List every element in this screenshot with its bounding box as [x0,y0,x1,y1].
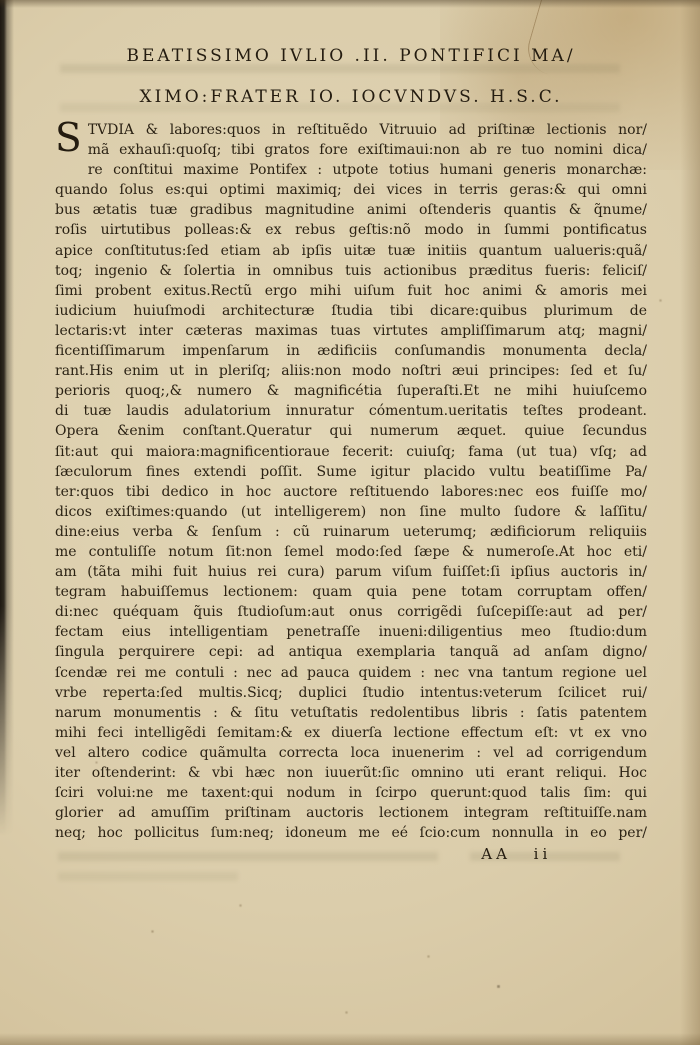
text-block: BEATISSIMO IVLIO .II. PONTIFICI MA/ XIMO… [55,0,647,863]
scan-edge-left [0,0,14,1045]
body-line: dine:eius verba & ſenſum : cũ ruinarum u… [55,522,647,542]
body-line: TVDIA & labores:quos in reſtituẽdo Vitru… [88,120,647,140]
body-line: iter oſtenderint: & vbi hæc non iuuerũt:… [55,763,647,783]
drop-cap-initial: S [55,120,88,161]
body-line: fectam eius intelligentiam penetraſſe in… [55,622,647,642]
body-line: ſæculorum fines extendi poſſit. Sume igi… [55,462,647,482]
scan-edge-top [0,0,700,8]
body-line: narum monumentis : & ſitu vetuſtatis red… [55,703,647,723]
body-line: mihi feci intelligẽdi ſemitam:& ex diuer… [55,723,647,743]
body-line: ter:quos tibi dedico in hoc auctore reſt… [55,482,647,502]
body-line: ficentiſſimarum impenſarum in ædificiis … [55,341,647,361]
body-line: tegram habuiſſemus lectionem: quam quia … [55,582,647,602]
body-line: ſciri volui:ne me taxent:qui nodum in ſc… [55,783,647,803]
body-line: neq; hoc pollicitus ſum:neq; idoneum me … [55,823,647,843]
body-line: mã exhauſi:quoſq; tibi gratos fore exiſt… [88,140,647,160]
book-page: BEATISSIMO IVLIO .II. PONTIFICI MA/ XIMO… [0,0,700,1045]
body-line: re conſtitui maxime Pontifex : utpote to… [88,160,647,180]
body-line: di:nec quéquam q̃uis ſtudioſum:aut onus … [55,602,647,622]
body-line: me contuliſſe notum ſit:non ſemel modo:ſ… [55,542,647,562]
body-line: lectaris:vt inter cæteras maximas tuas v… [55,321,647,341]
body-line: apice conſtitutus:ſed etiam ab ipſis uit… [55,241,647,261]
body-line: roſis uirtutibus polleas:& ex rebus geſt… [55,220,647,240]
body-line: di tuæ laudis adulatorium innuratur cóme… [55,401,647,421]
scan-edge-right [680,0,700,1045]
body-line: perioris quoq;,& numero & magnificétia ſ… [55,381,647,401]
body-line: toq; ingenio & ſolertia in omnibus tuis … [55,261,647,281]
quire-signature-mark: AA ii [55,845,647,863]
body-line: vrbe reperta:ſed multis.Sicq; duplici ſt… [55,683,647,703]
scan-edge-bottom [0,1033,700,1045]
body-lines: TVDIA & labores:quos in reſtituẽdo Vitru… [55,120,647,843]
body-line: vel altero codice quãmulta correcta loca… [55,743,647,763]
dedication-heading-line2: XIMO:FRATER IO. IOCVNDVS. H.S.C. [55,87,647,107]
body-line: ſcendæ rei me contuli : nec ad pauca qui… [55,663,647,683]
body-line: ſit:aut qui maiora:magnificentioraue fec… [55,442,647,462]
body-line: ſingula perquirere cepi: ad antiqua exem… [55,642,647,662]
body-line: quando ſolus es:qui optimi maximiq; dei … [55,180,647,200]
ink-showthrough [58,872,238,881]
dedication-heading-line1: BEATISSIMO IVLIO .II. PONTIFICI MA/ [55,46,647,66]
body-line: bus ætatis tuæ gradibus magnitudine anim… [55,200,647,220]
body-line: rant.His enim ut in pleriſq; aliis:non m… [55,361,647,381]
body-line: iudicium huiuſmodi architecturæ ſtudia t… [55,301,647,321]
body-line: am (tãta mihi fuit huius rei cura) parum… [55,562,647,582]
body-line: glorier ad amuſſim priſtinam auctoris le… [55,803,647,823]
dedication-body: S TVDIA & labores:quos in reſtituẽdo Vit… [55,120,647,843]
body-line: ſimi probent exitus.Rectũ ergo mihi uiſu… [55,281,647,301]
body-line: Opera &enim conſtant.Queratur qui numeru… [55,421,647,441]
body-line: dicos exiſtimes:quando (ut intelligerem)… [55,502,647,522]
